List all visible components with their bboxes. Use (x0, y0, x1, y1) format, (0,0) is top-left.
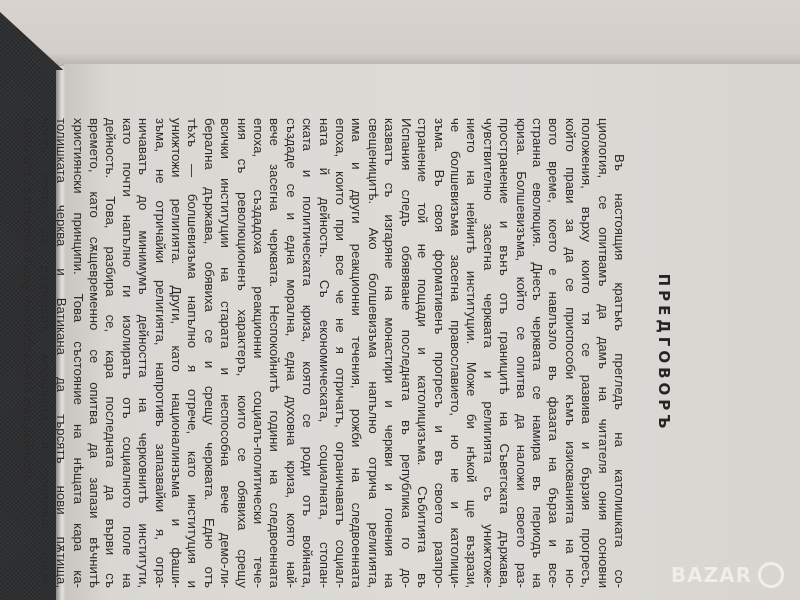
page-heading: ПРЕДГОВОРЪ (655, 118, 673, 588)
text-line: ния съ революционенъ характеръ, които се… (233, 118, 249, 588)
watermark-logo-icon (758, 562, 784, 588)
text-line: циология, се опитвамъ да дамъ на читател… (594, 118, 610, 588)
watermark-text: BAZAR (671, 563, 752, 587)
text-line: дейность. Това, разбира се, кара последн… (102, 118, 118, 588)
text-line: времето, като сѫщевременно се опитва да … (86, 118, 102, 588)
text-line: Въ настоящия кратъкъ прегледъ на католиш… (611, 118, 627, 588)
text-line: криза. Болшевизъма, който се опитва да н… (512, 118, 528, 588)
text-line: берална държава, обявиха се и срещу черк… (200, 118, 216, 588)
text-line: унижтожи религията. Други, като национал… (168, 118, 184, 588)
text-line: вото време, което е навлъзло въ фазата н… (545, 118, 561, 588)
text-line: зъма. Въ своя формативенъ прогресъ и въ … (430, 118, 446, 588)
text-line: който прави за да се приспособи къмъ изи… (561, 118, 577, 588)
text-line: ската и политическата криза, която се ро… (299, 118, 315, 588)
text-line: християнски принципи. Това състояние на … (69, 118, 85, 588)
text-line: Испания следъ обявяване последната въ ре… (397, 118, 413, 588)
page-content: ПРЕДГОВОРЪ Въ настоящия кратъкъ прегледъ… (73, 118, 673, 588)
rotated-text-area: ПРЕДГОВОРЪ Въ настоящия кратъкъ прегледъ… (78, 118, 638, 558)
text-line: нието на нейнитѣ институции. Може би нѣк… (463, 118, 479, 588)
text-line: като почти напълно ги изолиратъ отъ соци… (118, 118, 134, 588)
text-line: положения, върху които тя се развива и б… (578, 118, 594, 588)
book-photo: ПРЕДГОВОРЪ Въ настоящия кратъкъ прегледъ… (0, 0, 800, 600)
text-line: ничаватъ до минимумъ дейността на черков… (135, 118, 151, 588)
facing-page-edge (0, 0, 800, 66)
bazar-watermark: BAZAR (671, 562, 784, 588)
text-line: пространение и вънъ отъ границитѣ на Съв… (496, 118, 512, 588)
text-line: чрезъ които да разрешатъ моралната и соц… (36, 118, 52, 588)
text-line: епоха, създадоха реакционни социалъ-поли… (250, 118, 266, 588)
text-line: странение той не пощади и католицизъма. … (414, 118, 430, 588)
text-line: свещеницитѣ. Ако болшевизъма напълно отр… (365, 118, 381, 588)
text-line: ната й дейность. Съ економическата, соци… (315, 118, 331, 588)
text-line: че болшевизъма засегна православието, но… (447, 118, 463, 588)
preface-body: Въ настоящия кратъкъ прегледъ на католиш… (20, 118, 627, 588)
text-line: зъма, не отричайки религията, напротивъ … (151, 118, 167, 588)
text-line: тѣхъ — болшевизъма напълно я отрече, кат… (184, 118, 200, 588)
text-line: всички институции на старата и неспособн… (217, 118, 233, 588)
text-line: вече засегна черквата. Неспокойнитѣ годи… (266, 118, 282, 588)
text-line: странна еволюция. Днесъ черквата се нами… (529, 118, 545, 588)
text-line: има и други реакционни течения, рожби на… (348, 118, 364, 588)
text-line: която зле се отразява върху многообразна… (20, 118, 36, 588)
text-line: създаде се и една морална, една духовна … (282, 118, 298, 588)
text-line: толишката черква и Ватикана да търсятъ н… (53, 118, 69, 588)
text-line: епоха, които при все че не я отричатъ, о… (332, 118, 348, 588)
text-line: казватъ съ изгаряне на монастири и черкв… (381, 118, 397, 588)
text-line: чувствително засегна черквата и религият… (479, 118, 495, 588)
